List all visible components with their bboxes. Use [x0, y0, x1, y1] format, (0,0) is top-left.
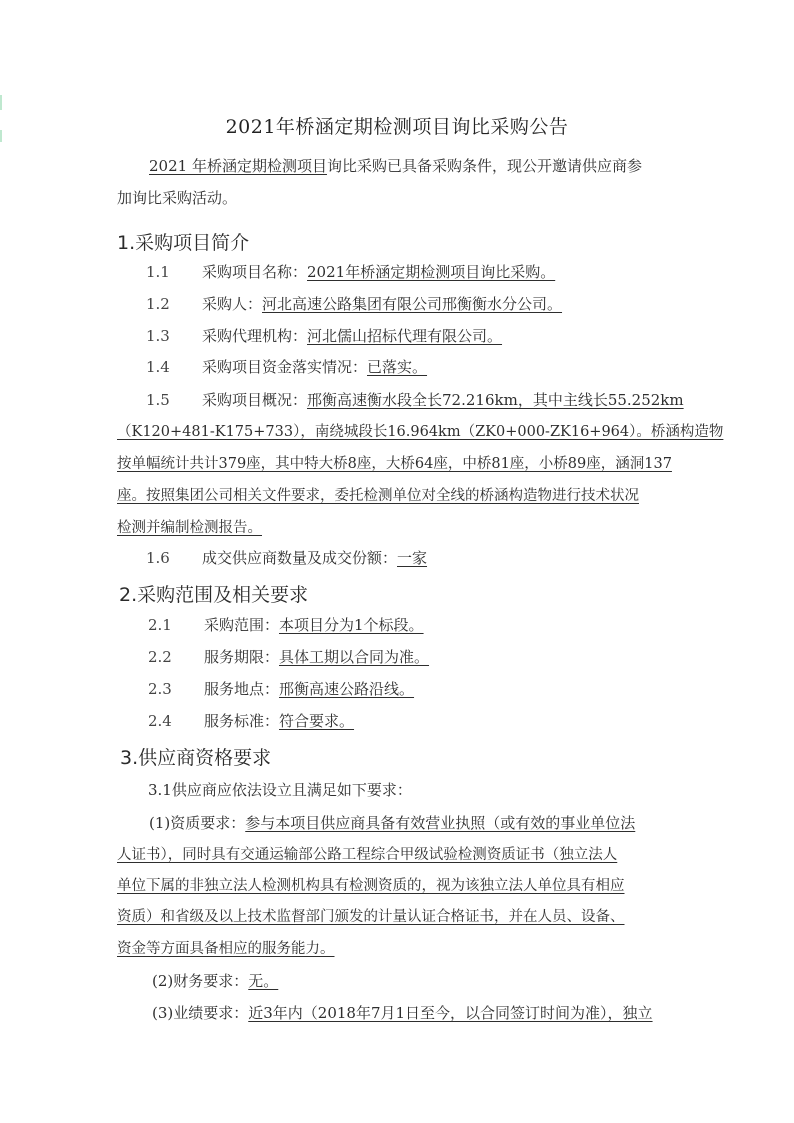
- requirement-value: 近3年内（2018年7月1日至今，以合同签订时间为准），独立: [248, 1004, 652, 1022]
- item-number: 1.5: [146, 390, 202, 410]
- requirement-label: (1)资质要求：: [149, 814, 245, 832]
- item-2-2: 2.2服务期限：具体工期以合同为准。: [148, 647, 429, 667]
- section-heading-3: 3.供应商资格要求: [120, 743, 271, 770]
- requirement-1: (1)资质要求：参与本项目供应商具备有效营业执照（或有效的事业单位法: [149, 813, 635, 833]
- item-value: 一家: [397, 549, 427, 567]
- project-name-link: 2021 年桥涵定期检测项目: [149, 157, 327, 175]
- item-1-4: 1.4采购项目资金落实情况：已落实。: [146, 357, 427, 377]
- intro-paragraph-cont: 加询比采购活动。: [117, 188, 237, 208]
- intro-paragraph: 2021 年桥涵定期检测项目询比采购已具备采购条件，现公开邀请供应商参: [149, 156, 642, 176]
- item-value: 2021年桥涵定期检测项目询比采购。: [307, 263, 555, 281]
- item-label: 采购项目概况：: [202, 391, 307, 409]
- item-label: 采购项目资金落实情况：: [202, 358, 367, 376]
- item-number: 2.3: [148, 679, 204, 699]
- document-title: 2021年桥涵定期检测项目询比采购公告: [0, 112, 794, 139]
- item-value: 邢衡高速公路沿线。: [279, 680, 414, 698]
- document-page: 2021年桥涵定期检测项目询比采购公告 2021 年桥涵定期检测项目询比采购已具…: [0, 0, 794, 1123]
- item-1-1: 1.1采购项目名称：2021年桥涵定期检测项目询比采购。: [146, 262, 555, 282]
- item-2-1: 2.1采购范围：本项目分为1个标段。: [148, 615, 424, 635]
- requirement-1-cont: 资金等方面具备相应的服务能力。: [117, 939, 682, 959]
- requirement-2: (2)财务要求：无。: [152, 971, 278, 991]
- item-1-5-cont: （K120+481-K175+733），南绕城段长16.964km（ZK0+00…: [117, 422, 682, 442]
- item-label: 服务地点：: [204, 680, 279, 698]
- item-label: 服务期限：: [204, 648, 279, 666]
- section-heading-1: 1.采购项目简介: [117, 228, 249, 255]
- item-label: 成交供应商数量及成交份额：: [202, 549, 397, 567]
- item-1-3: 1.3采购代理机构：河北儒山招标代理有限公司。: [146, 326, 502, 346]
- requirement-1-cont: 资质）和省级及以上技术监督部门颁发的计量认证合格证书，并在人员、设备、: [117, 907, 682, 927]
- requirement-label: (3)业绩要求：: [152, 1004, 248, 1022]
- item-label: 采购人：: [202, 295, 262, 313]
- item-number: 1.1: [146, 262, 202, 282]
- item-value: 符合要求。: [279, 712, 354, 730]
- item-value: 具体工期以合同为准。: [279, 648, 429, 666]
- item-number: 1.2: [146, 294, 202, 314]
- item-1-6: 1.6成交供应商数量及成交份额：一家: [146, 548, 427, 568]
- item-value: 已落实。: [367, 358, 427, 376]
- item-number: 1.3: [146, 326, 202, 346]
- item-number: 2.1: [148, 615, 204, 635]
- item-number: 2.4: [148, 711, 204, 731]
- item-value: 河北高速公路集团有限公司邢衡衡水分公司。: [262, 295, 562, 313]
- item-label: 服务标准：: [204, 712, 279, 730]
- requirement-1-cont: 人证书），同时具有交通运输部公路工程综合甲级试验检测资质证书（独立法人: [117, 845, 682, 865]
- requirement-value: 无。: [248, 972, 278, 990]
- qualification-intro: 3.1供应商应依法设立且满足如下要求：: [148, 780, 412, 800]
- scan-edge-mark: [0, 95, 2, 110]
- item-number: 1.4: [146, 357, 202, 377]
- item-value: 河北儒山招标代理有限公司。: [307, 327, 502, 345]
- item-number: 1.6: [146, 548, 202, 568]
- item-1-5-cont: 检测并编制检测报告。: [117, 518, 682, 538]
- section-heading-2: 2.采购范围及相关要求: [119, 580, 308, 607]
- requirement-1-cont: 单位下属的非独立法人检测机构具有检测资质的，视为该独立法人单位具有相应: [117, 876, 682, 896]
- item-1-2: 1.2采购人：河北高速公路集团有限公司邢衡衡水分公司。: [146, 294, 562, 314]
- item-label: 采购范围：: [204, 616, 279, 634]
- intro-text: 询比采购已具备采购条件，现公开邀请供应商参: [327, 157, 642, 175]
- item-label: 采购项目名称：: [202, 263, 307, 281]
- item-1-5-cont: 按单幅统计共计379座，其中特大桥8座，大桥64座，中桥81座，小桥89座，涵洞…: [117, 454, 682, 474]
- requirement-3: (3)业绩要求：近3年内（2018年7月1日至今，以合同签订时间为准），独立: [152, 1003, 653, 1023]
- item-value: 本项目分为1个标段。: [279, 616, 424, 634]
- item-2-3: 2.3服务地点：邢衡高速公路沿线。: [148, 679, 414, 699]
- item-label: 采购代理机构：: [202, 327, 307, 345]
- item-2-4: 2.4服务标准：符合要求。: [148, 711, 354, 731]
- item-number: 2.2: [148, 647, 204, 667]
- item-1-5-cont: 座。按照集团公司相关文件要求，委托检测单位对全线的桥涵构造物进行技术状况: [117, 486, 682, 506]
- requirement-label: (2)财务要求：: [152, 972, 248, 990]
- requirement-value: 参与本项目供应商具备有效营业执照（或有效的事业单位法: [245, 814, 635, 832]
- item-value: 邢衡高速衡水段全长72.216km，其中主线长55.252km: [307, 391, 684, 409]
- item-1-5: 1.5采购项目概况：邢衡高速衡水段全长72.216km，其中主线长55.252k…: [146, 390, 684, 410]
